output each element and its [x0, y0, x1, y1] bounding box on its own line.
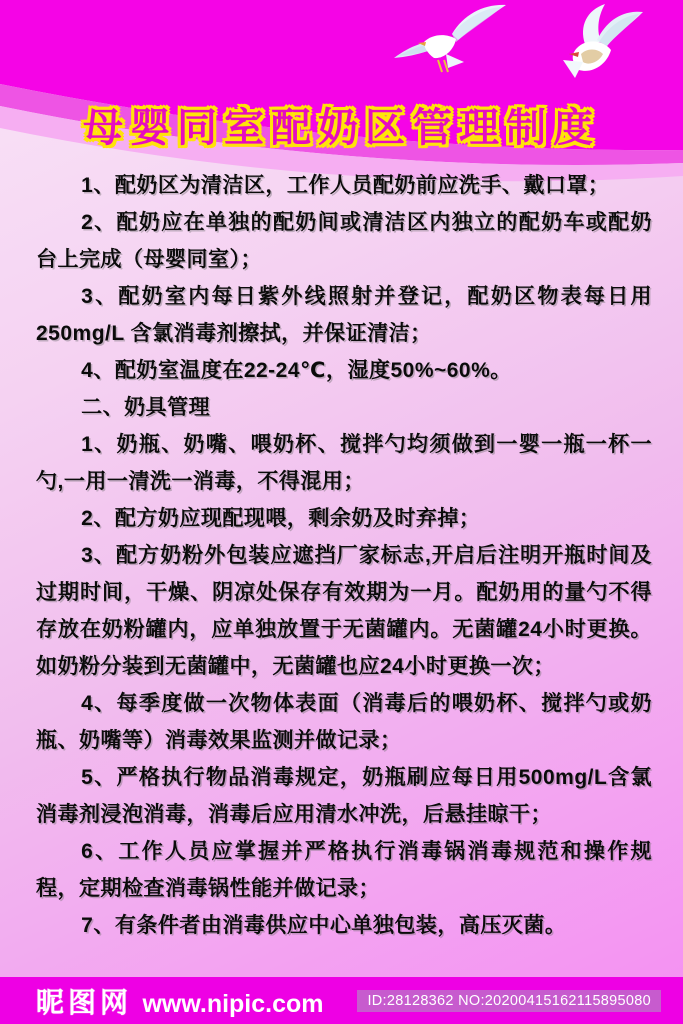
rule-paragraph: 6、工作人员应掌握并严格执行消毒锅消毒规范和操作规程，定期检查消毒锅性能并做记录… — [36, 833, 652, 907]
rule-paragraph: 3、配方奶粉外包装应遮挡厂家标志,开启后注明开瓶时间及过期时间，干燥、阴凉处保存… — [36, 537, 652, 685]
nipic-logo: 昵图网 www.nipic.com — [36, 981, 324, 1021]
rule-paragraph: 7、有条件者由消毒供应中心单独包装，高压灭菌。 — [36, 907, 652, 944]
rule-paragraph: 1、奶瓶、奶嘴、喂奶杯、搅拌勺均须做到一婴一瓶一杯一勺,一用一清洗一消毒，不得混… — [36, 426, 652, 500]
rule-paragraph: 5、严格执行物品消毒规定，奶瓶刷应每日用500mg/L含氯消毒剂浸泡消毒，消毒后… — [36, 759, 652, 833]
rule-paragraph: 1、配奶区为清洁区，工作人员配奶前应洗手、戴口罩； — [36, 167, 652, 204]
rule-paragraph: 4、配奶室温度在22-24℃，湿度50%~60%。 — [36, 352, 652, 389]
poster: 母婴同室配奶区管理制度 1、配奶区为清洁区，工作人员配奶前应洗手、戴口罩； 2、… — [0, 0, 683, 1024]
image-id-badge: ID:28128362 NO:20200415162115895080 — [357, 990, 661, 1012]
rule-paragraph: 4、每季度做一次物体表面（消毒后的喂奶杯、搅拌勺或奶瓶、奶嘴等）消毒效果监测并做… — [36, 685, 652, 759]
rules-list: 1、配奶区为清洁区，工作人员配奶前应洗手、戴口罩； 2、配奶应在单独的配奶间或清… — [36, 167, 652, 944]
poster-title: 母婴同室配奶区管理制度 — [0, 96, 683, 153]
dove-icon — [545, 2, 647, 86]
nipic-logo-cn: 昵图网 — [36, 987, 132, 1018]
rule-paragraph: 2、配方奶应现配现喂，剩余奶及时弃掉； — [36, 500, 652, 537]
watermark-bar: 昵图网 www.nipic.com ID:28128362 NO:2020041… — [0, 977, 683, 1024]
rule-paragraph: 3、配奶室内每日紫外线照射并登记，配奶区物表每日用 250mg/L 含氯消毒剂擦… — [36, 278, 652, 352]
rule-paragraph: 2、配奶应在单独的配奶间或清洁区内独立的配奶车或配奶台上完成（母婴同室）； — [36, 204, 652, 278]
section-heading: 二、奶具管理 — [36, 389, 652, 426]
nipic-logo-url: www.nipic.com — [142, 990, 323, 1018]
seagull-icon — [390, 2, 508, 82]
